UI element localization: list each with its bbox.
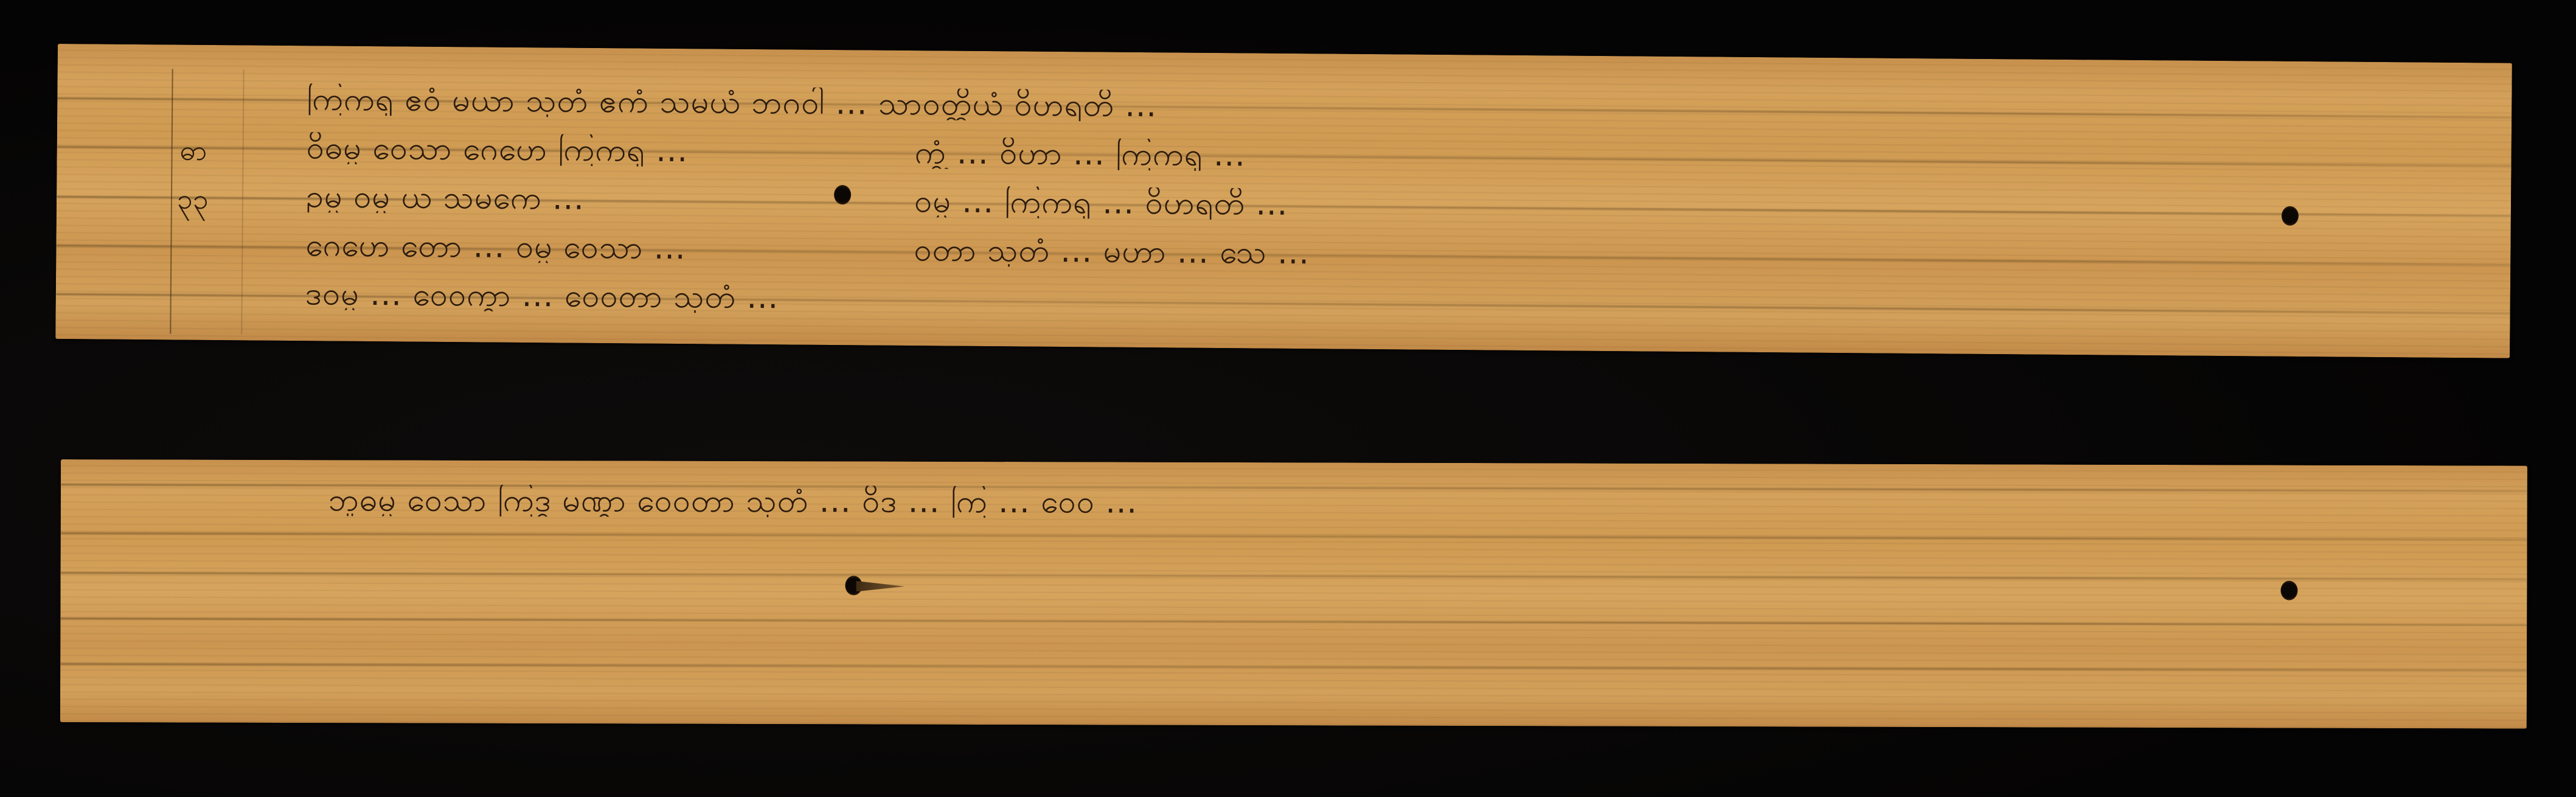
folio-letter: ဓာ — [179, 136, 207, 164]
ruling-line — [61, 572, 2527, 580]
palm-leaf-top: ဓာ ၃၃ ကြကၡ ဧဝံ မယာ သုတံ ဧကံ သမယံ ဘဂဝါ ..… — [55, 44, 2512, 358]
folio-number: ၃၃ — [177, 185, 209, 213]
ruling-line — [60, 663, 2527, 672]
text-line-5: ဒဝမ္မ ... ဝေဝကွာ ... ဝေဝတာ သုတံ ... — [305, 278, 2386, 326]
ruling-line — [61, 532, 2527, 541]
string-hole-left — [834, 185, 851, 204]
text-line-4-right: ဝတာ သုတံ ... မဟာ ... သေ ... — [914, 234, 2361, 277]
string-hole-right — [2282, 206, 2299, 226]
palm-leaf-bottom: ဘူဓမ္မ ဝေသာ ကြဒ္ဓ မဏွာ ဝေဝတာ သုတံ ... ဝိ… — [60, 459, 2527, 729]
text-line-2-right: ကွံ့ ... ဝိဟာ ... ကြကၡ ... — [914, 137, 2362, 180]
text-line-2: ဝိဓမ္မ ဝေသာ ဂေဟေ ကြကၡ ... — [306, 132, 805, 167]
text-line-1: ဘူဓမ္မ ဝေသာ ကြဒ္ဓ မဏွာ ဝေဝတာ သုတံ ... ဝိ… — [328, 484, 2317, 521]
text-line-1: ကြကၡ ဧဝံ မယာ သုတံ ဧကံ သမယံ ဘဂဝါ ... သာဝတ… — [307, 83, 2448, 132]
ruling-line — [60, 618, 2527, 626]
string-hole-right — [2280, 581, 2297, 600]
text-line-3: ဥမ္မ ဝမ္မ ယ သမကေ ... — [306, 181, 805, 216]
text-line-4: ဂေဟေ တော ... ဝမ္မ ဝေသာ ... — [305, 229, 804, 265]
string-hole-left — [845, 576, 862, 595]
text-line-3-right: ဝမ္မ ... ကြကၡ ... ဝိဟရတိ ... — [914, 186, 2362, 229]
